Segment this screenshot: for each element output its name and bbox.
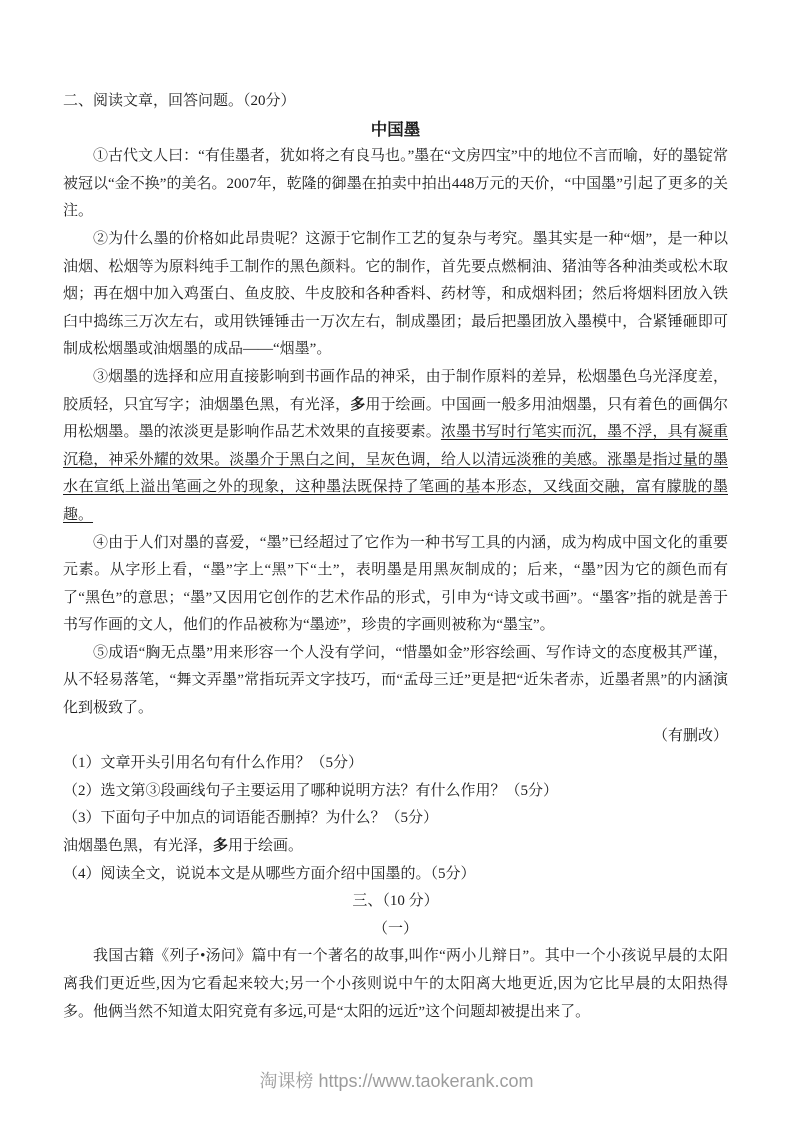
footer-url: https://www.taokerank.com — [318, 1071, 533, 1091]
question-2: （2）选文第③段画线句子主要运用了哪种说明方法？有什么作用？（5分） — [63, 778, 728, 806]
subsection-1-label: （一） — [63, 916, 728, 944]
question-1: （1）文章开头引用名句有什么作用？（5分） — [63, 750, 728, 778]
article-paragraph-3: ③烟墨的选择和应用直接影响到书画作品的神采，由于制作原料的差异，松烟墨色乌光泽度… — [63, 364, 728, 530]
article-paragraph-1: ①古代文人曰：“有佳墨者，犹如将之有良马也。”墨在“文房四宝”中的地位不言而喻，… — [63, 143, 728, 226]
quote-text-cont: 用于绘画。 — [228, 838, 303, 854]
article-paragraph-2: ②为什么墨的价格如此昂贵呢？这源于它制作工艺的复杂与考究。墨其实是一种“烟”，是… — [63, 226, 728, 364]
section-2-heading: 二、阅读文章，回答问题。（20分） — [63, 88, 728, 116]
article-title: 中国墨 — [63, 116, 728, 144]
footer-watermark: 淘课榜 https://www.taokerank.com — [0, 1068, 793, 1094]
question-4: （4）阅读全文，说说本文是从哪些方面介绍中国墨的。（5分） — [63, 861, 728, 889]
question-3-quoted-sentence: 油烟墨色黑，有光泽，多用于绘画。 — [63, 833, 728, 861]
emphasized-word-duo: 多 — [350, 397, 365, 413]
article-paragraph-4: ④由于人们对墨的喜爱，“墨”已经超过了它作为一种书写工具的内涵，成为构成中国文化… — [63, 530, 728, 640]
article-paragraph-5: ⑤成语“胸无点墨”用来形容一个人没有学问，“惜墨如金”形容绘画、写作诗文的态度极… — [63, 640, 728, 723]
exam-document-page: 二、阅读文章，回答问题。（20分） 中国墨 ①古代文人曰：“有佳墨者，犹如将之有… — [63, 88, 728, 1026]
passage-two-children-debate-sun: 我国古籍《列子•汤问》篇中有一个著名的故事,叫作“两小儿辩日”。其中一个小孩说早… — [63, 943, 728, 1026]
source-note: （有删改） — [63, 723, 728, 751]
quote-text: 油烟墨色黑，有光泽， — [63, 838, 213, 854]
footer-site-name: 淘课榜 — [259, 1071, 313, 1091]
emphasized-word-duo-in-quote: 多 — [213, 838, 228, 854]
section-3-heading: 三、（10 分） — [63, 888, 728, 916]
question-3: （3）下面句子中加点的词语能否删掉？为什么？（5分） — [63, 805, 728, 833]
